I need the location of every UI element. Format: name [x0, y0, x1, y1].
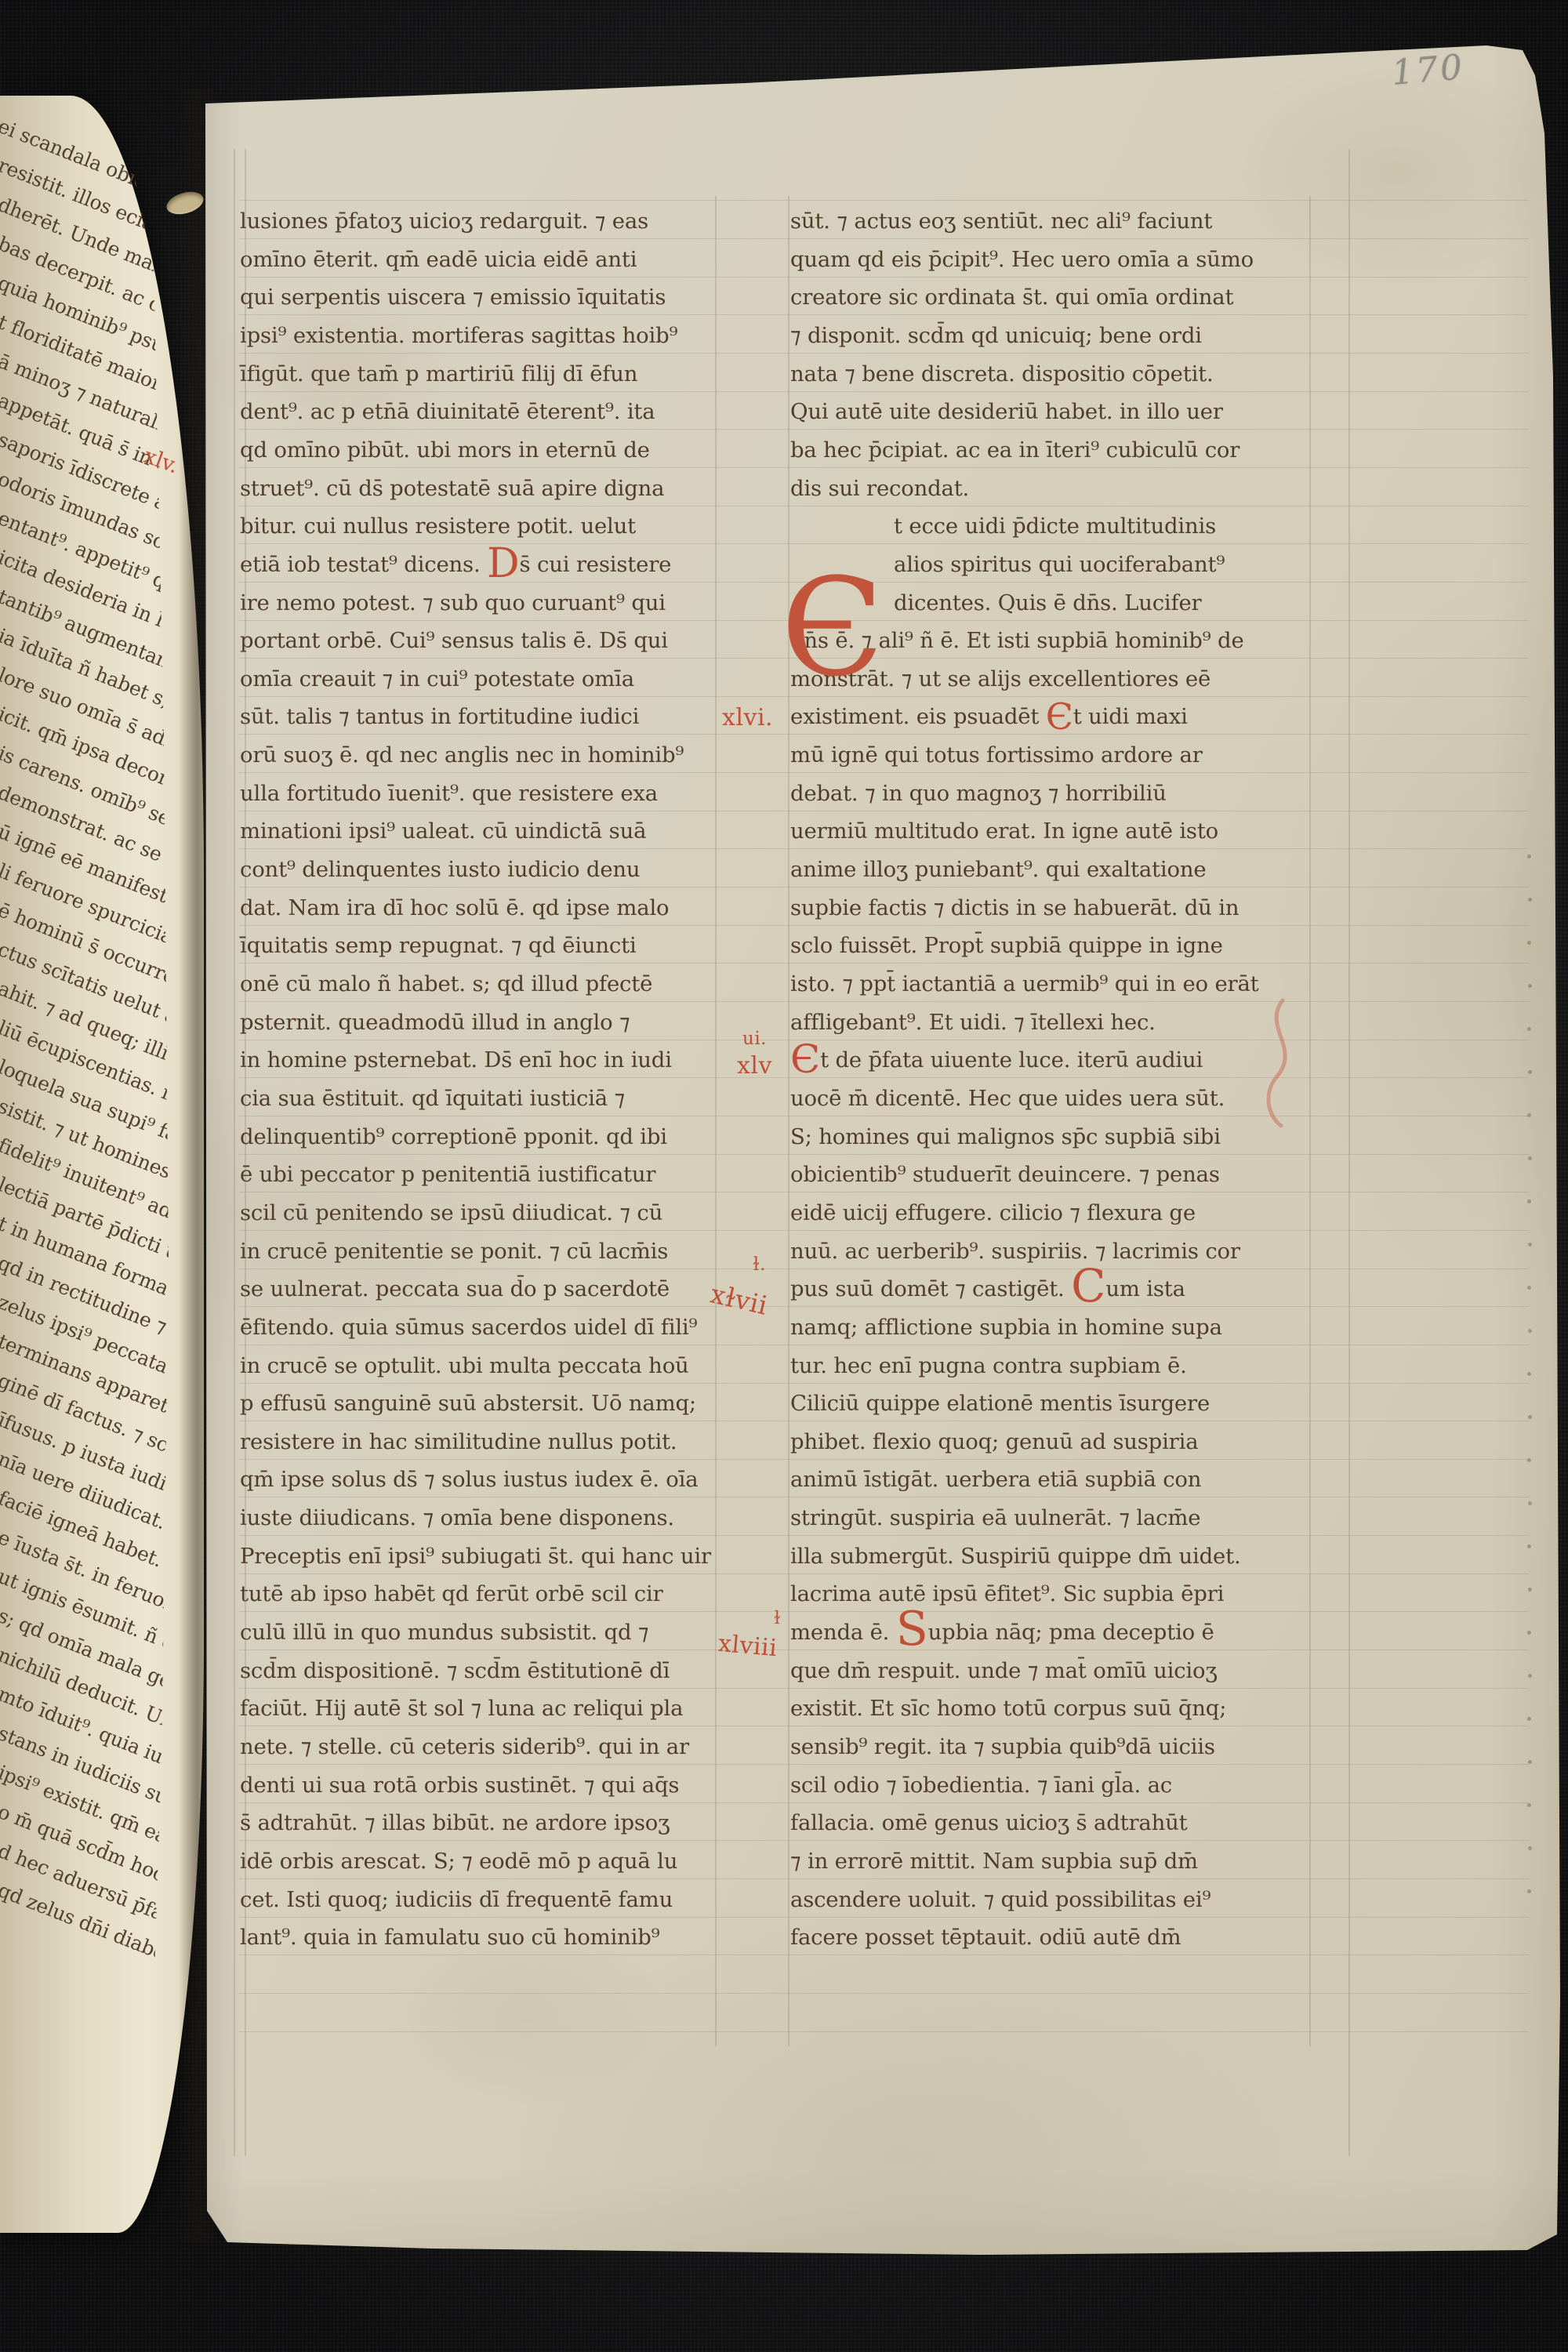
text-line: struet⁹. cū ds̄ potestatē suā apire dign…	[240, 476, 664, 514]
text-line: bitur. cui nullus resistere potit. uelut	[240, 514, 636, 551]
text-line: īfigūt. que tam̄ p martiriū filij dī ēfu…	[240, 361, 637, 399]
text-line: quam qd eis p̄cipit⁹. Hec uero omīa a sū…	[790, 247, 1254, 285]
pricking-hole	[1528, 1674, 1532, 1678]
text-line: psternit. queadmodū illud in anglo ⁊	[240, 1010, 630, 1047]
chapter-numeral: xlvi.	[722, 704, 773, 731]
ruled-bounding-line	[1309, 196, 1311, 2046]
text-line: lant⁹. quia in famulatu suo cū hominib⁹	[240, 1925, 659, 1962]
text-line: nete. ⁊ stelle. cū ceteris siderib⁹. qui…	[240, 1734, 689, 1772]
text-line: scil odio ⁊ īobedientia. ⁊ īani gl̄a. ac	[790, 1773, 1172, 1810]
text-line: delinquentib⁹ correptionē pponit. qd ibi	[240, 1124, 667, 1162]
ruled-bounding-line	[1348, 149, 1350, 2156]
pricking-hole	[1528, 1846, 1532, 1850]
pricking-hole	[1528, 1329, 1532, 1333]
text-line: culū illū in quo mundus subsistit. qd ⁊	[240, 1620, 648, 1657]
facing-page-fragment: ei scandala obiciat. quiresistit. illos …	[0, 96, 204, 2233]
text-line: Qui autē uite desideriū habet. in illo u…	[790, 399, 1223, 437]
pricking-hole	[1527, 1113, 1531, 1117]
text-line: faciūt. Hij autē s̄t sol ⁊ luna ac reliq…	[240, 1696, 683, 1733]
folio-number: 170	[1390, 47, 1466, 93]
text-line: onē cū malo ñ habet. s; qd illud pfectē	[240, 971, 652, 1009]
ruled-bounding-line	[715, 196, 717, 2046]
text-line: ascendere uoluit. ⁊ quid possibilitas ei…	[790, 1887, 1210, 1925]
text-line: que dm̄ respuit. unde ⁊ mat̄ omīū uicioʒ	[790, 1658, 1218, 1696]
drop-cap-initial-E: Є	[781, 572, 884, 683]
pricking-hole	[1527, 1544, 1531, 1548]
text-line: īquitatis semp repugnat. ⁊ qd ēiuncti	[240, 933, 637, 971]
pricking-hole	[1527, 1631, 1531, 1635]
pricking-hole	[1528, 1760, 1532, 1764]
text-line: creatore sic ordinata s̄t. qui omīa ordi…	[790, 285, 1233, 322]
text-line: nata ⁊ bene discreta. dispositio cōpetit…	[790, 361, 1214, 399]
text-line: alios spiritus qui uociferabant⁹	[894, 552, 1225, 590]
text-line: ba hec p̄cipiat. ac ea in īteri⁹ cubicul…	[790, 437, 1240, 475]
ruled-bounding-line	[788, 196, 789, 2046]
text-line: minationi ipsi⁹ ualeat. cū uindictā suā	[240, 818, 646, 856]
pricking-hole	[1528, 1156, 1532, 1160]
pricking-hole	[1527, 1889, 1531, 1893]
ruled-bounding-line	[234, 149, 235, 2156]
pricking-hole	[1527, 941, 1531, 945]
ruled-line	[239, 2031, 1529, 2032]
text-line: Ciliciū quippe elationē mentis īsurgere	[790, 1391, 1210, 1428]
text-line: anime illoʒ puniebant⁹. qui exaltatione	[790, 857, 1206, 895]
pricking-hole	[1528, 898, 1532, 902]
text-line: se uulnerat. peccata sua d̄o p sacerdotē	[240, 1276, 670, 1314]
text-line: isto. ⁊ ppt̄ iactantiā a uermib⁹ qui in …	[790, 971, 1259, 1009]
text-line: ēfitendo. quia sūmus sacerdos uidel dī f…	[240, 1315, 697, 1352]
red-offset-mark	[1256, 997, 1306, 1131]
text-line: nuū. ac uerberib⁹. suspiriis. ⁊ lacrimis…	[790, 1239, 1240, 1276]
text-line: affligebant⁹. Et uidi. ⁊ ītellexi hec.	[790, 1010, 1156, 1047]
text-line: orū suoʒ ē. qd nec anglis nec in hominib…	[240, 742, 684, 780]
text-line: eidē uicij effugere. cilicio ⁊ flexura g…	[790, 1200, 1196, 1238]
text-line: phibet. flexio quoq; genuū ad suspiria	[790, 1429, 1198, 1467]
chapter-numeral: xlv	[737, 1052, 772, 1080]
text-line: ire nemo potest. ⁊ sub quo curuant⁹ qui	[240, 590, 666, 628]
text-line: animū īstigāt. uerbera etiā supbiā con	[790, 1467, 1201, 1504]
text-line: portant orbē. Cui⁹ sensus talis ē. Ds̄ q…	[240, 628, 668, 666]
text-line: ulla fortitudo īuenit⁹. que resistere ex…	[240, 781, 658, 818]
text-line: obicientib⁹ studuerīt deuincere. ⁊ penas	[790, 1162, 1220, 1200]
text-line: fallacia. omē genus uicioʒ s̄ adtrahūt	[790, 1810, 1187, 1848]
text-line: cia sua ēstituit. qd īquitati iusticiā ⁊	[240, 1086, 625, 1123]
text-line: tur. hec enī pugna contra supbiam ē.	[790, 1353, 1187, 1391]
text-line: ē ubi peccator p penitentiā iustificatur	[240, 1162, 655, 1200]
pricking-hole	[1527, 855, 1531, 858]
text-line: qm̄ ipse solus ds̄ ⁊ solus iustus iudex …	[240, 1467, 698, 1504]
text-line: uocē m̄ dicentē. Hec que uides uera sūt.	[790, 1086, 1225, 1123]
pricking-hole	[1528, 1588, 1532, 1592]
text-line: idē orbis arescat. S; ⁊ eodē mō p aquā l…	[240, 1849, 677, 1886]
text-line: dat. Nam ira dī hoc solū ē. qd ipse malo	[240, 895, 669, 933]
text-line: menda ē. Supbia nāq; pma deceptio ē	[790, 1620, 1214, 1657]
text-line: ⁊ disponit. scd̄m qd unicuiq; bene ordi	[790, 323, 1202, 361]
pricking-hole	[1527, 1458, 1531, 1462]
chapter-numeral: xlviii	[717, 1630, 779, 1662]
text-line: S; homines qui malignos sp̄c supbiā sibi	[790, 1124, 1221, 1162]
text-line: qd omīno pibūt. ubi mors in eternū de	[240, 437, 650, 475]
pricking-hole	[1527, 1717, 1531, 1721]
text-line: tutē ab ipso habēt qd ferūt orbē scil ci…	[240, 1581, 663, 1619]
text-line: sūt. talis ⁊ tantus in fortitudine iudic…	[240, 704, 639, 742]
text-line: cet. Isti quoq; iudiciis dī frequentē fa…	[240, 1887, 673, 1925]
pricking-hole	[1527, 1027, 1531, 1031]
text-line: etiā iob testat⁹ dicens. Ds̄ cui resiste…	[240, 552, 671, 590]
text-line: ipsi⁹ existentia. mortiferas sagittas ho…	[240, 323, 677, 361]
pricking-hole	[1527, 1372, 1531, 1376]
text-line: existit. Et sīc homo totū corpus suū q̄n…	[790, 1696, 1226, 1733]
manuscript-page: lusiones p̄fatoʒ uicioʒ redarguit. ⁊ eas…	[196, 39, 1562, 2262]
pricking-hole	[1528, 1243, 1532, 1247]
text-line: lacrima autē ipsū ēfitet⁹. Sic supbia ēp…	[790, 1581, 1224, 1619]
pricking-hole	[1528, 1070, 1532, 1074]
text-line: qui serpentis uiscera ⁊ emissio īquitati…	[240, 285, 666, 322]
text-line: denti ui sua rotā orbis sustinēt. ⁊ qui …	[240, 1773, 679, 1810]
text-line: omīa creauit ⁊ in cui⁹ potestate omīa	[240, 666, 634, 704]
text-line: facere posset tēptauit. odiū autē dm̄	[790, 1925, 1181, 1962]
ruled-line	[239, 200, 1529, 201]
text-line: uermiū multitudo erat. In igne autē isto	[790, 818, 1218, 856]
text-line: resistere in hac similitudine nullus pot…	[240, 1429, 677, 1467]
chapter-numeral: xɫvii	[708, 1278, 771, 1321]
text-line: supbie factis ⁊ dictis in se habuerāt. d…	[790, 895, 1239, 933]
text-line: in crucē se optulit. ubi multa peccata h…	[240, 1353, 689, 1391]
chapter-numeral: ɫ	[774, 1609, 781, 1628]
text-line: debat. ⁊ in quo magnoʒ ⁊ horribiliū	[790, 781, 1167, 818]
pricking-hole	[1527, 1803, 1531, 1807]
text-line: dis sui recondat.	[790, 476, 969, 514]
text-line: namq; afflictione supbia in homine supa	[790, 1315, 1222, 1352]
text-line: in homine psternebat. Ds̄ enī hoc in iud…	[240, 1047, 672, 1085]
text-line: cont⁹ delinquentes iusto iudicio denu	[240, 857, 640, 895]
text-line: scd̄m dispositionē. ⁊ scd̄m ēstitutionē …	[240, 1658, 670, 1696]
text-line: dicentes. Quis ē dn̄s. Lucifer	[894, 590, 1202, 628]
text-line: existiment. eis psuadēt Єt uidi maxi	[790, 704, 1188, 742]
text-line: illa submergūt. Suspiriū quippe dm̄ uide…	[790, 1544, 1240, 1581]
text-line: mū ignē qui totus fortissimo ardore ar	[790, 742, 1203, 780]
pricking-hole	[1527, 1200, 1531, 1203]
text-line: Preceptis enī ipsi⁹ subiugati s̄t. qui h…	[240, 1544, 711, 1581]
text-line: lusiones p̄fatoʒ uicioʒ redarguit. ⁊ eas	[240, 209, 648, 246]
ruled-line	[239, 1993, 1529, 1994]
text-line: s̄ adtrahūt. ⁊ illas bibūt. ne ardore ip…	[240, 1810, 670, 1848]
text-line: dent⁹. ac p etn̄ā diuinitatē ēterent⁹. i…	[240, 399, 655, 437]
pricking-hole	[1528, 1415, 1532, 1419]
text-line: omīno ēterit. qm̄ eadē uicia eidē anti	[240, 247, 637, 285]
text-line: p effusū sanguinē suū abstersit. Uō namq…	[240, 1391, 696, 1428]
text-line: sensib⁹ regit. ita ⁊ supbia quib⁹dā uici…	[790, 1734, 1215, 1772]
text-line: sūt. ⁊ actus eoʒ sentiūt. nec ali⁹ faciu…	[790, 209, 1212, 246]
facing-page-text: ei scandala obiciat. quiresistit. illos …	[0, 96, 204, 2233]
text-line: iuste diiudicans. ⁊ omīa bene disponens.	[240, 1505, 674, 1543]
text-line: Єt de p̄fata uiuente luce. iterū audiui	[790, 1047, 1203, 1085]
pricking-hole	[1528, 984, 1532, 988]
text-line: stringūt. suspiria eā uulnerāt. ⁊ lacm̄e	[790, 1505, 1200, 1543]
pricking-hole	[1527, 1286, 1531, 1290]
text-line: in crucē penitentie se ponit. ⁊ cū lacm̄…	[240, 1239, 668, 1276]
text-line: scil cū penitendo se ipsū diiudicat. ⁊ c…	[240, 1200, 662, 1238]
text-line: sclo fuissēt. Propt̄ supbiā quippe in ig…	[790, 933, 1223, 971]
chapter-numeral: ui.	[742, 1029, 767, 1049]
text-line: pus suū domēt ⁊ castigēt. Cum ista	[790, 1276, 1185, 1314]
text-line: t ecce uidi p̄dicte multitudinis	[894, 514, 1216, 551]
text-line: ⁊ in errorē mittit. Nam supbia sup̄ dm̄	[790, 1849, 1198, 1886]
manuscript-photo: { "folio": { "number": "170" }, "colors"…	[0, 0, 1568, 2352]
chapter-numeral: ɫ.	[753, 1254, 766, 1275]
pricking-hole	[1528, 1501, 1532, 1505]
